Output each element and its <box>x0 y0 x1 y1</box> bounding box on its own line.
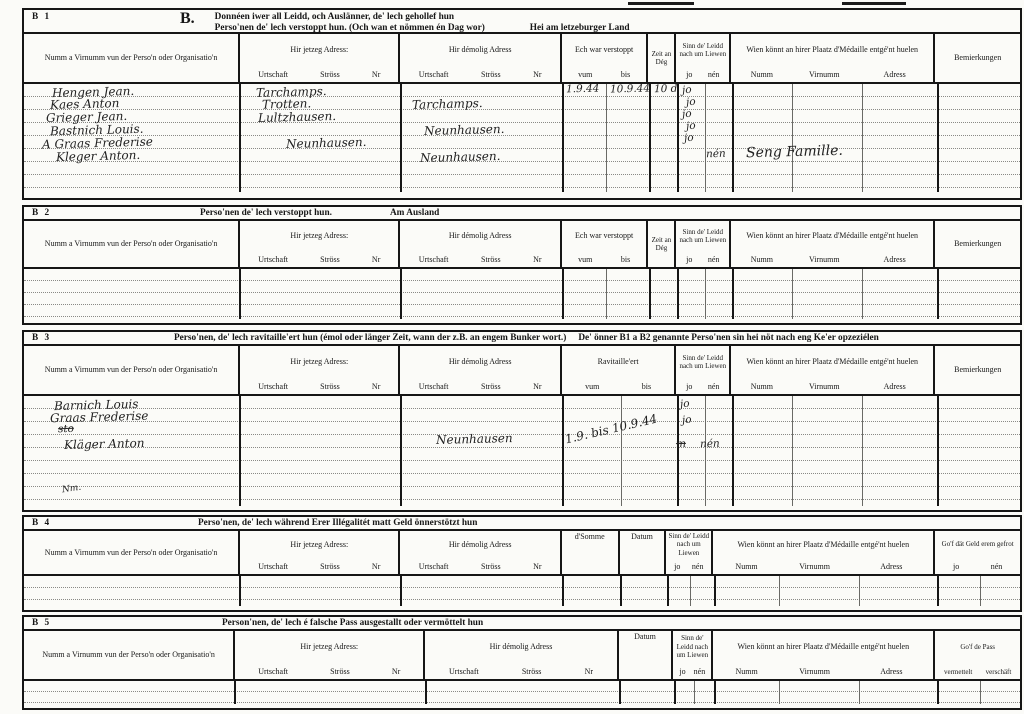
column-divider <box>425 681 427 704</box>
adress-label: Adress <box>858 382 931 391</box>
col-former-address-header: Hir démolig Adress UrtschaftStrössNr <box>423 631 616 679</box>
col-alive-header: Sinn de' Leidd nach um Liewen jonén <box>674 221 729 267</box>
ruled-line <box>24 175 1020 188</box>
sub-column-divider <box>779 576 780 606</box>
ruled-line <box>24 305 1020 317</box>
column-divider <box>937 681 939 704</box>
column-divider <box>732 84 734 192</box>
ruled-line <box>24 588 1020 600</box>
handwritten-days: 10 d <box>654 84 678 95</box>
column-divider <box>239 269 241 319</box>
section-b1-header: Numm a Virnumm vun der Perso'n oder Orga… <box>24 34 1020 84</box>
section-id: B 2 <box>24 208 152 219</box>
section-b3-body: Barnich Louis Graas Frederise sto Kläger… <box>24 396 1020 506</box>
nr-label: Nr <box>533 70 541 79</box>
column-divider <box>714 576 716 606</box>
medal-label: Wien könnt an hirer Plaatz d'Médaille en… <box>731 221 933 251</box>
section-b5: B 5 Person'nen, de' lech é falsche Pass … <box>22 615 1022 710</box>
stross-label: Ströss <box>481 255 501 264</box>
sub-column-divider <box>705 396 706 506</box>
column-divider <box>619 681 621 704</box>
date-label: Datum <box>619 631 672 679</box>
column-divider <box>649 269 651 319</box>
jo-label: jo <box>674 562 680 571</box>
section-b2-header: Numm a Virnumm vun der Perso'n oder Orga… <box>24 221 1020 269</box>
handwritten-jo: jo <box>681 414 692 427</box>
nen-label: nén <box>708 255 720 264</box>
column-divider <box>937 269 939 319</box>
numm-label: Numm <box>733 382 790 391</box>
vum-label: vum <box>578 255 592 264</box>
section-letter: B. <box>180 12 195 26</box>
col-remarks-header: Bemierkungen <box>933 34 1020 82</box>
col-current-address-header: Hir jetzeg Adress: UrtschaftStrössNr <box>233 631 423 679</box>
alive-label: Sinn de' Leidd nach um Liewen <box>676 221 729 251</box>
col-amount-header: d'Somme <box>560 531 618 574</box>
col-current-address-header: Hir jetzeg Adress: UrtschaftStrössNr <box>238 221 398 267</box>
col-hidden-period-header: Ech war verstoppt vumbis <box>560 221 647 267</box>
section-b2: B 2 Perso'nen de' lech verstoppt hun. Am… <box>22 205 1022 325</box>
ruled-line <box>24 448 1020 461</box>
col-former-address-header: Hir démolig Adress UrtschaftStrössNr <box>398 531 559 574</box>
nr-label: Nr <box>392 667 400 676</box>
col-days-header: Zeit an Dég <box>646 34 674 82</box>
col-name-header: Numm a Virnumm vun der Perso'n oder Orga… <box>24 34 238 82</box>
handwritten-address: Lultzhausen. <box>258 109 336 125</box>
urtschaft-label: Urtschaft <box>449 667 479 676</box>
col-name-label: Numm a Virnumm vun der Perso'n oder Orga… <box>24 34 238 82</box>
section-b5-titlebar: B 5 Person'nen, de' lech é falsche Pass … <box>24 617 1020 631</box>
column-divider <box>400 84 402 192</box>
handwritten-address: Neunhausen. <box>420 149 501 165</box>
ruled-line <box>24 422 1020 435</box>
col-name-header: Numm a Virnumm vun der Perso'n oder Orga… <box>24 346 238 394</box>
section-b1: B 1 B. Donnéen iwer all Leidd, och Auslä… <box>22 8 1022 200</box>
column-divider <box>732 269 734 319</box>
handwritten-name: Kläger Anton <box>64 436 145 452</box>
former-address-label: Hir démolig Adress <box>425 631 616 663</box>
sub-column-divider <box>862 84 863 192</box>
ruled-line <box>24 84 1020 97</box>
ruled-line <box>24 281 1020 293</box>
col-medal-header: Wien könnt an hirer Plaatz d'Médaille en… <box>729 221 933 267</box>
sub-column-divider <box>694 681 695 704</box>
column-divider <box>562 576 564 606</box>
verschaft-label: verschäft <box>986 668 1012 676</box>
stross-label: Ströss <box>320 562 340 571</box>
former-address-label: Hir démolig Adress <box>400 346 559 378</box>
section-b5-body <box>24 681 1020 704</box>
remarks-label: Bemierkungen <box>935 221 1020 267</box>
nen-label: nén <box>708 70 720 79</box>
jo-label: jo <box>686 382 692 391</box>
col-medal-header: Wien könnt an hirer Plaatz d'Médaille en… <box>729 346 933 394</box>
medal-label: Wien könnt an hirer Plaatz d'Médaille en… <box>731 346 933 378</box>
handwritten-address: Neunhausen. <box>286 135 367 151</box>
nen-label: nén <box>708 382 720 391</box>
ruled-line <box>24 97 1020 110</box>
column-divider <box>239 576 241 606</box>
col-medal-header: Wien könnt an hirer Plaatz d'Médaille en… <box>729 34 933 82</box>
virnumm-label: Virnumm <box>778 562 851 571</box>
urtschaft-label: Urtschaft <box>258 382 288 391</box>
bis-label: bis <box>621 255 630 264</box>
former-address-label: Hir démolig Adress <box>400 221 559 251</box>
medal-label: Wien könnt an hirer Plaatz d'Médaille en… <box>713 531 933 558</box>
alive-label: Sinn de' Leidd nach um Liewen <box>673 631 711 663</box>
column-divider <box>400 576 402 606</box>
col-current-address-header: Hir jetzeg Adress: UrtschaftStrössNr <box>238 34 398 82</box>
nr-label: Nr <box>372 255 380 264</box>
col-alive-header: Sinn de' Leidd nach um Liewen jonén <box>671 631 711 679</box>
vum-label: vum <box>578 70 592 79</box>
section-b4-titlebar: B 4 Perso'nen, de' lech während Erer Ill… <box>24 517 1020 531</box>
ruled-line <box>24 692 1020 703</box>
stross-label: Ströss <box>320 255 340 264</box>
sub-column-divider <box>862 396 863 506</box>
section-b1-titlebar: B 1 B. Donnéen iwer all Leidd, och Auslä… <box>24 10 1020 34</box>
jo-label: jo <box>686 255 692 264</box>
current-address-label: Hir jetzeg Adress: <box>240 221 398 251</box>
virnumm-label: Virnumm <box>791 70 858 79</box>
stross-label: Ströss <box>481 70 501 79</box>
col-current-address-header: Hir jetzeg Adress: UrtschaftStrössNr <box>238 531 398 574</box>
nen-label: nén <box>991 562 1003 571</box>
nr-label: Nr <box>372 70 380 79</box>
bis-label: bis <box>642 382 651 391</box>
section-b3-header: Numm a Virnumm vun der Perso'n oder Orga… <box>24 346 1020 396</box>
remarks-label: Bemierkungen <box>935 34 1020 82</box>
column-divider <box>732 396 734 506</box>
vum-label: vum <box>585 382 599 391</box>
column-divider <box>400 269 402 319</box>
section-title-line2: Perso'nen de' lech verstoppt hun. (Och w… <box>215 23 485 34</box>
alive-label: Sinn de' Leidd nach um Liewen <box>676 34 729 66</box>
section-b2-titlebar: B 2 Perso'nen de' lech verstoppt hun. Am… <box>24 207 1020 221</box>
col-days-header: Zeit an Dég <box>646 221 674 267</box>
ruled-line <box>24 409 1020 422</box>
alive-label: Sinn de' Leidd nach um Liewen <box>666 531 711 558</box>
nr-label: Nr <box>372 382 380 391</box>
ruled-line <box>24 162 1020 175</box>
medal-label: Wien könnt an hirer Plaatz d'Médaille en… <box>731 34 933 66</box>
col-name-header: Numm a Virnumm vun der Perso'n oder Orga… <box>24 531 238 574</box>
hidden-period-label: Ech war verstoppt <box>562 221 647 251</box>
column-divider <box>400 396 402 506</box>
col-medal-header: Wien könnt an hirer Plaatz d'Médaille en… <box>711 631 933 679</box>
scan-artifact <box>842 2 906 5</box>
days-label: Zeit an Dég <box>648 34 674 82</box>
numm-label: Numm <box>715 667 778 676</box>
virnumm-label: Virnumm <box>791 255 858 264</box>
col-name-label: Numm a Virnumm vun der Perso'n oder Orga… <box>24 221 238 267</box>
section-id: B 5 <box>24 618 152 629</box>
section-title-block: Donnéen iwer all Leidd, och Auslänner, d… <box>215 12 630 33</box>
former-address-label: Hir démolig Adress <box>400 34 559 66</box>
days-label: Zeit an Dég <box>648 221 674 267</box>
numm-label: Numm <box>715 562 778 571</box>
column-divider <box>620 576 622 606</box>
section-b5-header: Numm a Virnumm vun der Perso'n oder Orga… <box>24 631 1020 681</box>
column-divider <box>234 681 236 704</box>
sub-column-divider <box>980 576 981 606</box>
col-former-address-header: Hir démolig Adress UrtschaftStrössNr <box>398 34 559 82</box>
sub-column-divider <box>606 84 607 192</box>
col-remarks-header: Bemierkungen <box>933 221 1020 267</box>
column-divider <box>649 84 651 192</box>
section-b1-body: Hengen Jean. Kaes Anton Grieger Jean. Ba… <box>24 84 1020 192</box>
ruled-line <box>24 474 1020 487</box>
section-title-line1: Donnéen iwer all Leidd, och Auslänner, d… <box>215 12 630 23</box>
col-name-label: Numm a Virnumm vun der Perso'n oder Orga… <box>24 346 238 394</box>
ruled-line <box>24 136 1020 149</box>
column-divider <box>239 396 241 506</box>
col-name-label: Numm a Virnumm vun der Perso'n oder Orga… <box>24 631 233 679</box>
handwritten-jo: jo <box>682 108 692 121</box>
scanned-form-page: B 1 B. Donnéen iwer all Leidd, och Auslä… <box>0 0 1024 714</box>
adress-label: Adress <box>858 255 931 264</box>
handwritten-jo: jo <box>686 120 696 133</box>
ruled-line <box>24 269 1020 281</box>
sub-column-divider <box>980 681 981 704</box>
supplied-label: Ravitaille'ert <box>562 346 675 378</box>
urtschaft-label: Urtschaft <box>258 667 288 676</box>
section-b4-body <box>24 576 1020 606</box>
stross-label: Ströss <box>320 382 340 391</box>
money-returned-label: Go'f dät Geld erem gefrot <box>935 531 1020 558</box>
section-title: Perso'nen, de' lech ravitaille'ert hun (… <box>174 333 566 344</box>
handwritten-nen: nén <box>706 148 726 161</box>
handwritten-address: Neunhausen. <box>424 122 505 138</box>
column-divider <box>677 396 679 506</box>
handwritten-jo: jo <box>679 398 690 411</box>
current-address-label: Hir jetzeg Adress: <box>235 631 423 663</box>
handwritten-date-from: 1.9.44 <box>566 84 600 95</box>
section-b4: B 4 Perso'nen, de' lech während Erer Ill… <box>22 515 1022 612</box>
urtschaft-label: Urtschaft <box>419 562 449 571</box>
remarks-label: Bemierkungen <box>935 346 1020 394</box>
col-former-address-header: Hir démolig Adress UrtschaftStrössNr <box>398 346 559 394</box>
sub-column-divider <box>779 681 780 704</box>
col-remarks-header: Bemierkungen <box>933 346 1020 394</box>
column-divider <box>562 396 564 506</box>
section-id: B 1 <box>24 12 152 23</box>
former-address-label: Hir démolig Adress <box>400 531 559 558</box>
column-divider <box>677 84 679 192</box>
sub-column-divider <box>859 681 860 704</box>
col-name-label: Numm a Virnumm vun der Perso'n oder Orga… <box>24 531 238 574</box>
urtschaft-label: Urtschaft <box>419 70 449 79</box>
section-title-right: Hei am letzeburger Land <box>530 23 630 34</box>
medal-label: Wien könnt an hirer Plaatz d'Médaille en… <box>713 631 933 663</box>
pass-provided-label: Go'f de Pass <box>935 631 1020 663</box>
col-money-returned-header: Go'f dät Geld erem gefrot jonén <box>933 531 1020 574</box>
virnumm-label: Virnumm <box>778 667 851 676</box>
col-former-address-header: Hir démolig Adress UrtschaftStrössNr <box>398 221 559 267</box>
numm-label: Numm <box>733 70 790 79</box>
urtschaft-label: Urtschaft <box>419 255 449 264</box>
col-supplied-period-header: Ravitaille'ert vumbis <box>560 346 675 394</box>
sub-column-divider <box>859 576 860 606</box>
amount-label: d'Somme <box>562 531 618 574</box>
col-current-address-header: Hir jetzeg Adress: UrtschaftStrössNr <box>238 346 398 394</box>
handwritten-jo: jo <box>686 96 696 109</box>
column-divider <box>674 681 676 704</box>
date-label: Datum <box>620 531 665 574</box>
handwritten-name-crossed: sto <box>58 423 74 435</box>
section-title: Perso'nen, de' lech während Erer Illégal… <box>198 518 477 529</box>
nr-label: Nr <box>533 382 541 391</box>
jo-label: jo <box>953 562 959 571</box>
column-divider <box>937 576 939 606</box>
sub-column-divider <box>792 396 793 506</box>
column-divider <box>937 84 939 192</box>
vermettelt-label: vermettelt <box>944 668 972 676</box>
stross-label: Ströss <box>481 562 501 571</box>
section-id: B 3 <box>24 333 152 344</box>
urtschaft-label: Urtschaft <box>258 70 288 79</box>
jo-label: jo <box>686 70 692 79</box>
col-date-header: Datum <box>617 631 672 679</box>
sub-column-divider <box>862 269 863 319</box>
handwritten-address: Neunhausen <box>436 431 513 447</box>
col-alive-header: Sinn de' Leidd nach um Liewen jonén <box>674 34 729 82</box>
urtschaft-label: Urtschaft <box>419 382 449 391</box>
column-divider <box>667 576 669 606</box>
current-address-label: Hir jetzeg Adress: <box>240 531 398 558</box>
ruled-line <box>24 110 1020 123</box>
adress-label: Adress <box>851 562 931 571</box>
handwritten-nen: nén <box>700 438 720 451</box>
sub-column-divider <box>705 269 706 319</box>
hidden-period-label: Ech war verstoppt <box>562 34 647 66</box>
stross-label: Ströss <box>481 382 501 391</box>
sub-column-divider <box>792 84 793 192</box>
column-divider <box>562 269 564 319</box>
nr-label: Nr <box>372 562 380 571</box>
urtschaft-label: Urtschaft <box>258 255 288 264</box>
adress-label: Adress <box>851 667 931 676</box>
sub-column-divider <box>690 576 691 606</box>
handwritten-date-to: 10.9.44 <box>610 84 650 96</box>
section-title: Perso'nen de' lech verstoppt hun. <box>200 208 332 219</box>
ruled-line <box>24 435 1020 448</box>
col-hidden-period-header: Ech war verstoppt vumbis <box>560 34 647 82</box>
section-id: B 4 <box>24 518 152 529</box>
ruled-line <box>24 293 1020 305</box>
ruled-line <box>24 123 1020 136</box>
sub-column-divider <box>621 396 622 506</box>
ruled-line <box>24 461 1020 474</box>
alive-label: Sinn de' Leidd nach um Liewen <box>676 346 729 378</box>
urtschaft-label: Urtschaft <box>258 562 288 571</box>
sub-column-divider <box>792 269 793 319</box>
handwritten-medal-recipient: Seng Famille. <box>746 143 843 162</box>
col-alive-header: Sinn de' Leidd nach um Liewen jonén <box>674 346 729 394</box>
ruled-line <box>24 681 1020 692</box>
ruled-line <box>24 576 1020 588</box>
nr-label: Nr <box>585 667 593 676</box>
stross-label: Ströss <box>330 667 350 676</box>
sub-column-divider <box>606 269 607 319</box>
section-b4-header: Numm a Virnumm vun der Perso'n oder Orga… <box>24 531 1020 576</box>
ruled-line <box>24 149 1020 162</box>
col-alive-header: Sinn de' Leidd nach um Liewen jonén <box>664 531 711 574</box>
handwritten-crossed-mark: m <box>676 438 686 450</box>
nr-label: Nr <box>533 255 541 264</box>
ruled-line <box>24 487 1020 500</box>
col-name-header: Numm a Virnumm vun der Perso'n oder Orga… <box>24 221 238 267</box>
section-title-right: Am Ausland <box>390 208 439 219</box>
section-b3-titlebar: B 3 Perso'nen, de' lech ravitaille'ert h… <box>24 332 1020 346</box>
numm-label: Numm <box>733 255 790 264</box>
nen-label: nén <box>692 562 704 571</box>
section-title-line2: De' önner B1 a B2 genannte Perso'nen sin… <box>578 333 879 344</box>
jo-label: jo <box>679 667 685 676</box>
col-pass-provided-header: Go'f de Pass vermetteltverschäft <box>933 631 1020 679</box>
adress-label: Adress <box>858 70 931 79</box>
stross-label: Ströss <box>320 70 340 79</box>
handwritten-name: Kleger Anton. <box>56 148 141 164</box>
column-divider <box>562 84 564 192</box>
column-divider <box>937 396 939 506</box>
current-address-label: Hir jetzeg Adress: <box>240 34 398 66</box>
nen-label: nén <box>694 667 706 676</box>
virnumm-label: Virnumm <box>791 382 858 391</box>
bis-label: bis <box>621 70 630 79</box>
handwritten-jo: jo <box>684 132 694 145</box>
col-date-header: Datum <box>618 531 665 574</box>
ruled-line <box>24 396 1020 409</box>
column-divider <box>677 269 679 319</box>
column-divider <box>714 681 716 704</box>
nr-label: Nr <box>533 562 541 571</box>
column-divider <box>239 84 241 192</box>
scan-artifact <box>628 2 694 5</box>
section-b3: B 3 Perso'nen, de' lech ravitaille'ert h… <box>22 330 1022 512</box>
col-medal-header: Wien könnt an hirer Plaatz d'Médaille en… <box>711 531 933 574</box>
current-address-label: Hir jetzeg Adress: <box>240 346 398 378</box>
stross-label: Ströss <box>522 667 542 676</box>
handwritten-address: Tarchamps. <box>412 96 483 112</box>
handwritten-jo: jo <box>682 84 692 96</box>
col-name-header: Numm a Virnumm vun der Perso'n oder Orga… <box>24 631 233 679</box>
sub-column-divider <box>705 84 706 192</box>
section-title: Person'nen, de' lech é falsche Pass ausg… <box>222 618 483 629</box>
section-b2-body <box>24 269 1020 319</box>
